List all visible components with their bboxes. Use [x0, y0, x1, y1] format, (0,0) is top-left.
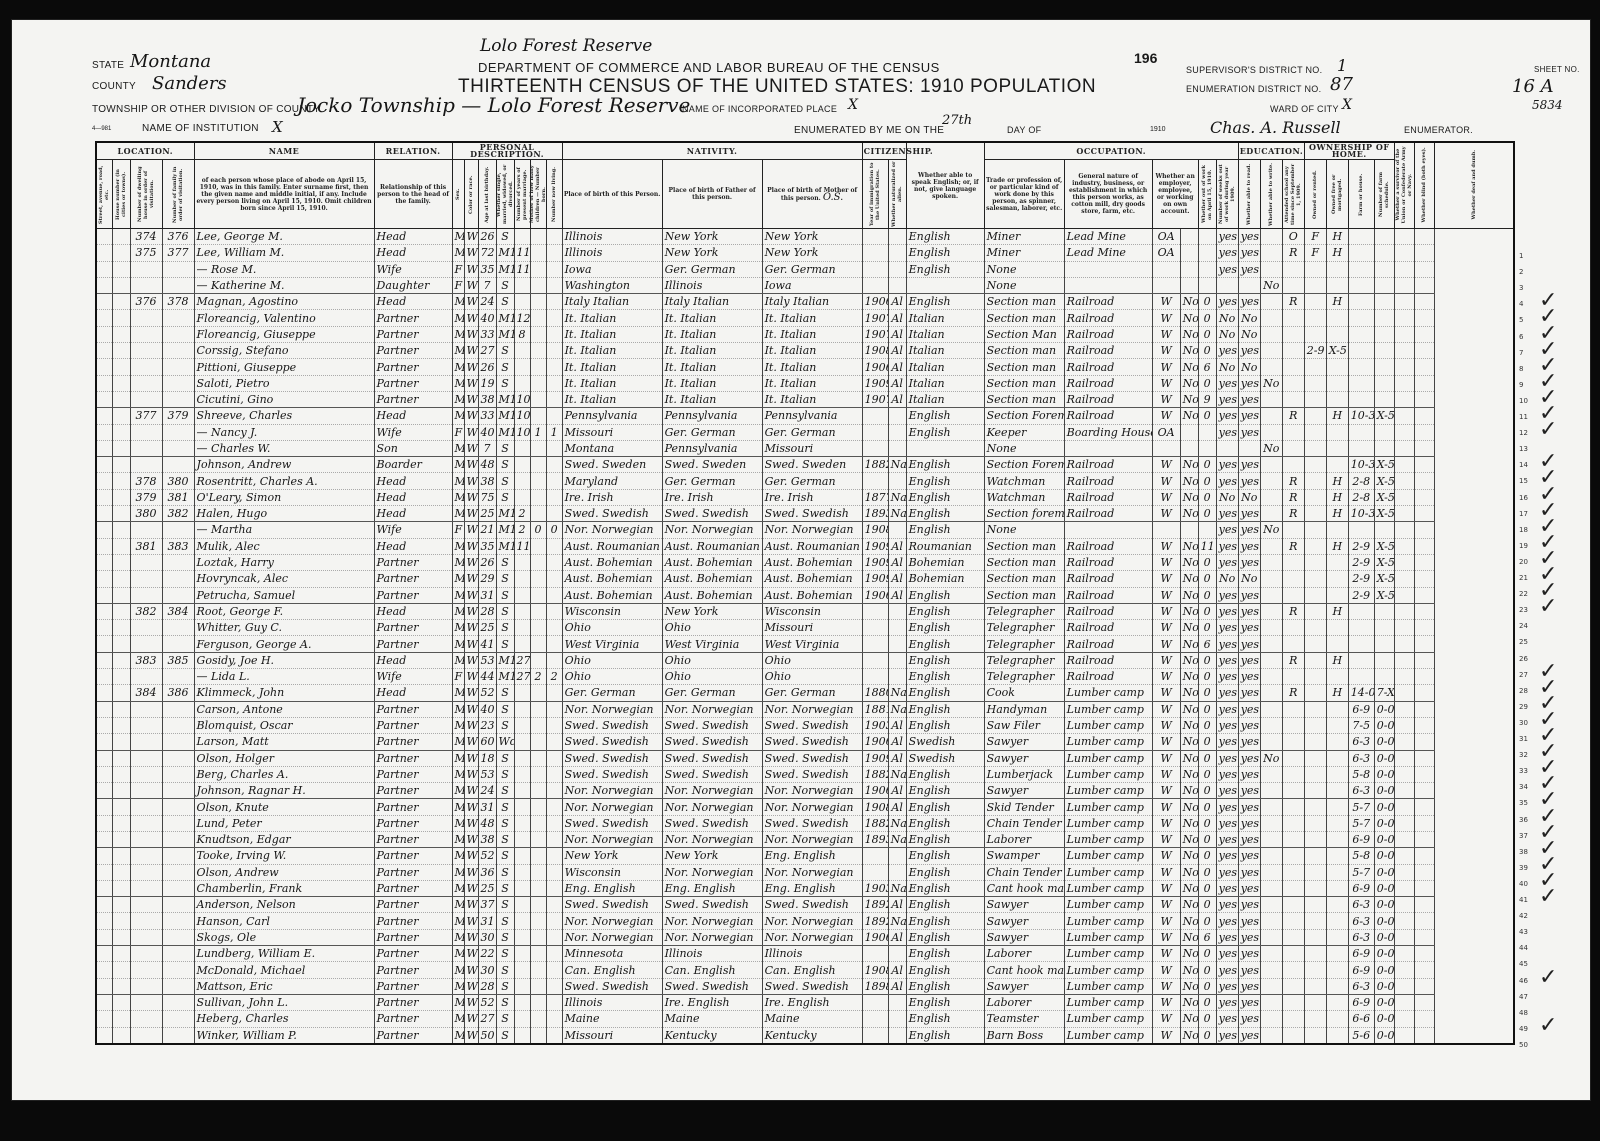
- blind-cell: [1394, 652, 1414, 668]
- blind-cell: [1394, 506, 1414, 522]
- immigration-year-cell: 1907: [862, 310, 888, 326]
- years-married-cell: [514, 1027, 530, 1044]
- race-cell: W: [464, 326, 478, 342]
- weeks-unemployed-cell: 0: [1198, 294, 1216, 310]
- employment-class-cell: W: [1152, 603, 1180, 619]
- immigration-year-cell: 1882: [862, 766, 888, 782]
- dwelling-number-cell: 376: [130, 294, 162, 310]
- relation-cell: Partner: [374, 799, 452, 815]
- naturalization-cell: [888, 261, 906, 277]
- children-living-cell: [546, 815, 562, 831]
- veteran-cell: [1374, 375, 1394, 391]
- children-living-cell: [546, 783, 562, 799]
- language-cell: English: [906, 408, 984, 424]
- table-row: Lund, PeterPartnerMW48SSwed. SwedishSwed…: [96, 815, 1514, 831]
- occupation-cell: Watchman: [984, 473, 1064, 489]
- employment-class-cell: OA: [1152, 245, 1180, 261]
- col-street-header: Street, avenue, road, etc.: [96, 160, 112, 229]
- age-cell: 31: [478, 913, 496, 929]
- immigration-year-cell: [862, 848, 888, 864]
- language-cell: English: [906, 1011, 984, 1027]
- col26-header: Owned or rented.: [1304, 160, 1326, 229]
- father-birthplace-cell: Ger. German: [662, 473, 762, 489]
- owned-rented-cell: R: [1282, 652, 1304, 668]
- line-number: 6: [1519, 333, 1523, 341]
- language-cell: Italian: [906, 359, 984, 375]
- relation-cell: Partner: [374, 815, 452, 831]
- out-of-work-cell: No: [1180, 734, 1198, 750]
- house-cell: [112, 1011, 130, 1027]
- children-born-cell: [530, 489, 546, 505]
- attended-school-cell: [1260, 294, 1282, 310]
- farm-house-cell: H: [1326, 473, 1348, 489]
- farm-schedule-cell: [1348, 620, 1374, 636]
- father-birthplace-cell: Nor. Norwegian: [662, 929, 762, 945]
- mother-birthplace-cell: Nor. Norwegian: [762, 831, 862, 847]
- line-number: 11: [1519, 413, 1528, 421]
- enumerator-signature: Chas. A. Russell: [1210, 118, 1341, 137]
- deaf-dumb-cell: [1414, 245, 1434, 261]
- dwelling-number-cell: [130, 766, 162, 782]
- weeks-unemployed-cell: [1198, 229, 1216, 245]
- industry-cell: Lumber camp: [1064, 978, 1152, 994]
- blind-cell: [1394, 277, 1414, 293]
- can-read-cell: No: [1216, 359, 1238, 375]
- veteran-cell: [1374, 261, 1394, 277]
- family-number-cell: 382: [162, 506, 194, 522]
- dwelling-number-cell: 374: [130, 229, 162, 245]
- years-married-cell: [514, 750, 530, 766]
- blind-cell: [1394, 554, 1414, 570]
- industry-cell: [1064, 440, 1152, 456]
- relation-cell: Partner: [374, 620, 452, 636]
- owned-free-mortgaged-cell: [1304, 766, 1326, 782]
- col8-header: Whether single, married, widowed, or div…: [496, 160, 514, 229]
- blind-cell: [1394, 294, 1414, 310]
- sex-cell: M: [452, 620, 464, 636]
- sex-cell: M: [452, 343, 464, 359]
- house-cell: [112, 603, 130, 619]
- owned-rented-cell: [1282, 783, 1304, 799]
- occupation-cell: Section Man: [984, 326, 1064, 342]
- attended-school-cell: [1260, 799, 1282, 815]
- weeks-unemployed-cell: 0: [1198, 408, 1216, 424]
- naturalization-cell: [888, 669, 906, 685]
- immigration-year-cell: 1877: [862, 489, 888, 505]
- incorporated-place-value: X: [848, 97, 858, 113]
- dwelling-number-cell: [130, 815, 162, 831]
- sex-cell: M: [452, 913, 464, 929]
- sex-cell: M: [452, 538, 464, 554]
- relation-cell: Partner: [374, 587, 452, 603]
- marital-status-cell: S: [496, 978, 514, 994]
- children-living-cell: [546, 864, 562, 880]
- farm-house-cell: [1326, 848, 1348, 864]
- veteran-cell: X-5: [1374, 571, 1394, 587]
- mother-birthplace-cell: New York: [762, 245, 862, 261]
- children-living-cell: [546, 391, 562, 407]
- marital-status-cell: S: [496, 750, 514, 766]
- children-living-cell: [546, 1027, 562, 1044]
- race-cell: W: [464, 473, 478, 489]
- farm-schedule-cell: 10-3: [1348, 506, 1374, 522]
- street-cell: [96, 652, 112, 668]
- farm-house-cell: [1326, 880, 1348, 896]
- father-birthplace-cell: Ohio: [662, 652, 762, 668]
- out-of-work-cell: [1180, 245, 1198, 261]
- children-born-cell: [530, 994, 546, 1010]
- enumeration-district-label: ENUMERATION DISTRICT NO.: [1186, 84, 1321, 94]
- children-living-cell: [546, 636, 562, 652]
- mother-birthplace-cell: It. Italian: [762, 310, 862, 326]
- farm-schedule-cell: [1348, 277, 1374, 293]
- owned-rented-cell: [1282, 554, 1304, 570]
- house-cell: [112, 831, 130, 847]
- birthplace-cell: Aust. Bohemian: [562, 571, 662, 587]
- family-number-cell: [162, 880, 194, 896]
- street-cell: [96, 538, 112, 554]
- can-read-cell: yes: [1216, 750, 1238, 766]
- street-cell: [96, 1011, 112, 1027]
- children-born-cell: [530, 636, 546, 652]
- blind-cell: [1394, 946, 1414, 962]
- years-married-cell: [514, 831, 530, 847]
- census-sheet: Lolo Forest Reserve STATE Montana COUNTY…: [12, 20, 1590, 1100]
- attended-school-cell: [1260, 815, 1282, 831]
- age-cell: 29: [478, 571, 496, 587]
- weeks-unemployed-cell: 0: [1198, 473, 1216, 489]
- dwelling-number-cell: [130, 978, 162, 994]
- children-born-cell: [530, 701, 546, 717]
- children-living-cell: [546, 880, 562, 896]
- col22-header: Number of weeks out of work during year …: [1216, 160, 1238, 229]
- house-cell: [112, 978, 130, 994]
- person-name-cell: Olson, Holger: [194, 750, 374, 766]
- children-born-cell: [530, 538, 546, 554]
- age-cell: 31: [478, 587, 496, 603]
- out-of-work-cell: No: [1180, 783, 1198, 799]
- blind-cell: [1394, 962, 1414, 978]
- blind-cell: [1394, 913, 1414, 929]
- house-cell: [112, 245, 130, 261]
- farm-house-cell: [1326, 897, 1348, 913]
- immigration-year-cell: 1906: [862, 359, 888, 375]
- owned-rented-cell: [1282, 848, 1304, 864]
- farm-schedule-cell: 6-9: [1348, 831, 1374, 847]
- years-married-cell: [514, 603, 530, 619]
- can-write-cell: No: [1238, 571, 1260, 587]
- children-born-cell: [530, 766, 546, 782]
- line-number: 43: [1519, 928, 1528, 936]
- can-write-cell: yes: [1238, 815, 1260, 831]
- race-cell: W: [464, 669, 478, 685]
- owned-rented-cell: [1282, 326, 1304, 342]
- owned-rented-cell: [1282, 1027, 1304, 1044]
- sex-cell: M: [452, 799, 464, 815]
- sex-cell: M: [452, 408, 464, 424]
- group-citizenship: CITIZENSHIP.: [862, 142, 906, 160]
- immigration-year-cell: 1880: [862, 685, 888, 701]
- out-of-work-cell: No: [1180, 538, 1198, 554]
- veteran-cell: 0-0: [1374, 815, 1394, 831]
- naturalization-cell: [888, 245, 906, 261]
- father-birthplace-cell: It. Italian: [662, 326, 762, 342]
- blind-cell: [1394, 783, 1414, 799]
- veteran-cell: 0-0: [1374, 783, 1394, 799]
- deaf-dumb-cell: [1414, 766, 1434, 782]
- group-name: NAME: [194, 142, 374, 160]
- deaf-dumb-cell: [1414, 994, 1434, 1010]
- house-cell: [112, 229, 130, 245]
- attended-school-cell: [1260, 620, 1282, 636]
- years-married-cell: [514, 783, 530, 799]
- children-born-cell: [530, 457, 546, 473]
- industry-cell: Railroad: [1064, 620, 1152, 636]
- year-label: 1910: [1150, 126, 1166, 133]
- can-write-cell: yes: [1238, 554, 1260, 570]
- owned-free-mortgaged-cell: [1304, 326, 1326, 342]
- father-birthplace-cell: New York: [662, 848, 762, 864]
- language-cell: Bohemian: [906, 571, 984, 587]
- children-living-cell: [546, 473, 562, 489]
- attended-school-cell: [1260, 571, 1282, 587]
- house-cell: [112, 343, 130, 359]
- sex-cell: M: [452, 685, 464, 701]
- employment-class-cell: [1152, 522, 1180, 538]
- can-write-cell: yes: [1238, 343, 1260, 359]
- table-row: 382384Root, George F.HeadMW28SWisconsinN…: [96, 603, 1514, 619]
- person-name-cell: Knudtson, Edgar: [194, 831, 374, 847]
- employment-class-cell: [1152, 261, 1180, 277]
- children-living-cell: [546, 229, 562, 245]
- occupation-cell: Section man: [984, 343, 1064, 359]
- years-married-cell: [514, 994, 530, 1010]
- col7-header: Age at last birthday.: [478, 160, 496, 229]
- attended-school-cell: [1260, 245, 1282, 261]
- out-of-work-cell: No: [1180, 685, 1198, 701]
- owned-rented-cell: [1282, 636, 1304, 652]
- years-married-cell: [514, 929, 530, 945]
- deaf-dumb-cell: [1414, 652, 1434, 668]
- deaf-dumb-cell: [1414, 880, 1434, 896]
- blind-cell: [1394, 880, 1414, 896]
- col30-header: Whether a survivor of the Union or Confe…: [1394, 142, 1414, 229]
- street-cell: [96, 391, 112, 407]
- veteran-cell: 0-0: [1374, 750, 1394, 766]
- group-personal-description: PERSONAL DESCRIPTION.: [452, 142, 562, 160]
- industry-cell: [1064, 522, 1152, 538]
- father-birthplace-cell: Pennsylvania: [662, 408, 762, 424]
- immigration-year-cell: 1882: [862, 457, 888, 473]
- industry-cell: Lumber camp: [1064, 717, 1152, 733]
- farm-house-cell: [1326, 359, 1348, 375]
- table-row: Winker, William P.PartnerMW50SMissouriKe…: [96, 1027, 1514, 1044]
- sex-cell: M: [452, 326, 464, 342]
- race-cell: W: [464, 571, 478, 587]
- children-born-cell: [530, 880, 546, 896]
- person-name-cell: Hovryncak, Alec: [194, 571, 374, 587]
- relation-cell: Partner: [374, 1011, 452, 1027]
- age-cell: 75: [478, 489, 496, 505]
- street-cell: [96, 489, 112, 505]
- deaf-dumb-cell: [1414, 473, 1434, 489]
- farm-schedule-cell: 6-3: [1348, 783, 1374, 799]
- age-cell: 28: [478, 603, 496, 619]
- house-cell: [112, 538, 130, 554]
- marital-status-cell: S: [496, 913, 514, 929]
- mother-birthplace-cell: Missouri: [762, 440, 862, 456]
- person-name-cell: Magnan, Agostino: [194, 294, 374, 310]
- line-number: 15: [1519, 477, 1528, 485]
- attended-school-cell: [1260, 424, 1282, 440]
- years-married-cell: 11: [514, 245, 530, 261]
- farm-house-cell: [1326, 913, 1348, 929]
- deaf-dumb-cell: [1414, 375, 1434, 391]
- employment-class-cell: W: [1152, 408, 1180, 424]
- weeks-unemployed-cell: [1198, 277, 1216, 293]
- race-cell: W: [464, 359, 478, 375]
- attended-school-cell: No: [1260, 522, 1282, 538]
- owned-rented-cell: [1282, 571, 1304, 587]
- attended-school-cell: [1260, 554, 1282, 570]
- employment-class-cell: W: [1152, 587, 1180, 603]
- farm-house-cell: [1326, 669, 1348, 685]
- table-row: Skogs, OlePartnerMW30SNor. NorwegianNor.…: [96, 929, 1514, 945]
- farm-schedule-cell: 6-9: [1348, 946, 1374, 962]
- line-number: 40: [1519, 880, 1528, 888]
- stamp-number: 5834: [1532, 98, 1563, 112]
- veteran-cell: 7-X: [1374, 685, 1394, 701]
- owned-free-mortgaged-cell: [1304, 294, 1326, 310]
- farm-schedule-cell: 5-7: [1348, 799, 1374, 815]
- children-living-cell: [546, 408, 562, 424]
- occupation-cell: None: [984, 440, 1064, 456]
- owned-free-mortgaged-cell: [1304, 750, 1326, 766]
- table-row: — MarthaWifeFW21M1200Nor. NorwegianNor. …: [96, 522, 1514, 538]
- children-born-cell: [530, 245, 546, 261]
- table-row: Lundberg, William E.PartnerMW22SMinnesot…: [96, 946, 1514, 962]
- can-read-cell: yes: [1216, 408, 1238, 424]
- owned-rented-cell: [1282, 734, 1304, 750]
- age-cell: 28: [478, 978, 496, 994]
- family-number-cell: [162, 994, 194, 1010]
- farm-house-cell: [1326, 815, 1348, 831]
- farm-house-cell: [1326, 636, 1348, 652]
- owned-rented-cell: [1282, 994, 1304, 1010]
- out-of-work-cell: No: [1180, 962, 1198, 978]
- institution-value: X: [272, 118, 283, 136]
- industry-cell: Lead Mine: [1064, 245, 1152, 261]
- children-born-cell: [530, 734, 546, 750]
- street-cell: [96, 766, 112, 782]
- relation-cell: Head: [374, 245, 452, 261]
- person-name-cell: Lund, Peter: [194, 815, 374, 831]
- deaf-dumb-cell: [1414, 669, 1434, 685]
- farm-schedule-cell: 6-3: [1348, 734, 1374, 750]
- owned-rented-cell: [1282, 587, 1304, 603]
- attended-school-cell: [1260, 391, 1282, 407]
- family-number-cell: [162, 766, 194, 782]
- street-cell: [96, 554, 112, 570]
- industry-cell: Railroad: [1064, 669, 1152, 685]
- line-number: 32: [1519, 751, 1528, 759]
- sex-cell: M: [452, 962, 464, 978]
- sex-cell: M: [452, 848, 464, 864]
- can-write-cell: yes: [1238, 587, 1260, 603]
- immigration-year-cell: 1906: [862, 734, 888, 750]
- birthplace-cell: Aust. Bohemian: [562, 554, 662, 570]
- deaf-dumb-cell: [1414, 946, 1434, 962]
- line-number: 3: [1519, 284, 1523, 292]
- children-living-cell: [546, 261, 562, 277]
- enumeration-district: 87: [1330, 74, 1353, 95]
- table-row: Olson, HolgerPartnerMW18SSwed. SwedishSw…: [96, 750, 1514, 766]
- can-write-cell: yes: [1238, 636, 1260, 652]
- house-cell: [112, 994, 130, 1010]
- line-number: 1: [1519, 252, 1523, 260]
- family-number-cell: 384: [162, 603, 194, 619]
- owned-rented-cell: [1282, 913, 1304, 929]
- industry-cell: Lumber camp: [1064, 864, 1152, 880]
- immigration-year-cell: 1909: [862, 375, 888, 391]
- weeks-unemployed-cell: 0: [1198, 652, 1216, 668]
- children-born-cell: [530, 783, 546, 799]
- family-number-cell: [162, 457, 194, 473]
- naturalization-cell: Al: [888, 962, 906, 978]
- attended-school-cell: [1260, 473, 1282, 489]
- attended-school-cell: [1260, 1011, 1282, 1027]
- language-cell: English: [906, 701, 984, 717]
- age-cell: 25: [478, 880, 496, 896]
- owned-rented-cell: [1282, 261, 1304, 277]
- race-cell: W: [464, 962, 478, 978]
- person-name-cell: Pittioni, Giuseppe: [194, 359, 374, 375]
- weeks-unemployed-cell: 0: [1198, 620, 1216, 636]
- line-number: 27: [1519, 671, 1528, 679]
- can-write-cell: No: [1238, 489, 1260, 505]
- street-cell: [96, 929, 112, 945]
- naturalization-cell: Al: [888, 538, 906, 554]
- children-born-cell: [530, 294, 546, 310]
- street-cell: [96, 1027, 112, 1044]
- deaf-dumb-cell: [1414, 962, 1434, 978]
- relation-cell: Partner: [374, 343, 452, 359]
- father-birthplace-cell: Ger. German: [662, 261, 762, 277]
- sheet-number: 16 A: [1512, 76, 1554, 97]
- dwelling-number-cell: 379: [130, 489, 162, 505]
- relation-cell: Boarder: [374, 457, 452, 473]
- street-cell: [96, 506, 112, 522]
- person-name-cell: Halen, Hugo: [194, 506, 374, 522]
- immigration-year-cell: 1906: [862, 294, 888, 310]
- children-born-cell: [530, 473, 546, 489]
- deaf-dumb-cell: [1414, 799, 1434, 815]
- can-write-cell: yes: [1238, 848, 1260, 864]
- attended-school-cell: [1260, 408, 1282, 424]
- occupation-cell: Sawyer: [984, 913, 1064, 929]
- dwelling-number-cell: [130, 864, 162, 880]
- children-living-cell: [546, 245, 562, 261]
- naturalization-cell: Al: [888, 359, 906, 375]
- farm-schedule-cell: 2-9: [1348, 538, 1374, 554]
- farm-schedule-cell: 5-8: [1348, 848, 1374, 864]
- owned-rented-cell: O: [1282, 229, 1304, 245]
- farm-house-cell: [1326, 783, 1348, 799]
- dwelling-number-cell: [130, 669, 162, 685]
- mother-birthplace-cell: Ger. German: [762, 473, 862, 489]
- sex-cell: M: [452, 391, 464, 407]
- language-cell: English: [906, 473, 984, 489]
